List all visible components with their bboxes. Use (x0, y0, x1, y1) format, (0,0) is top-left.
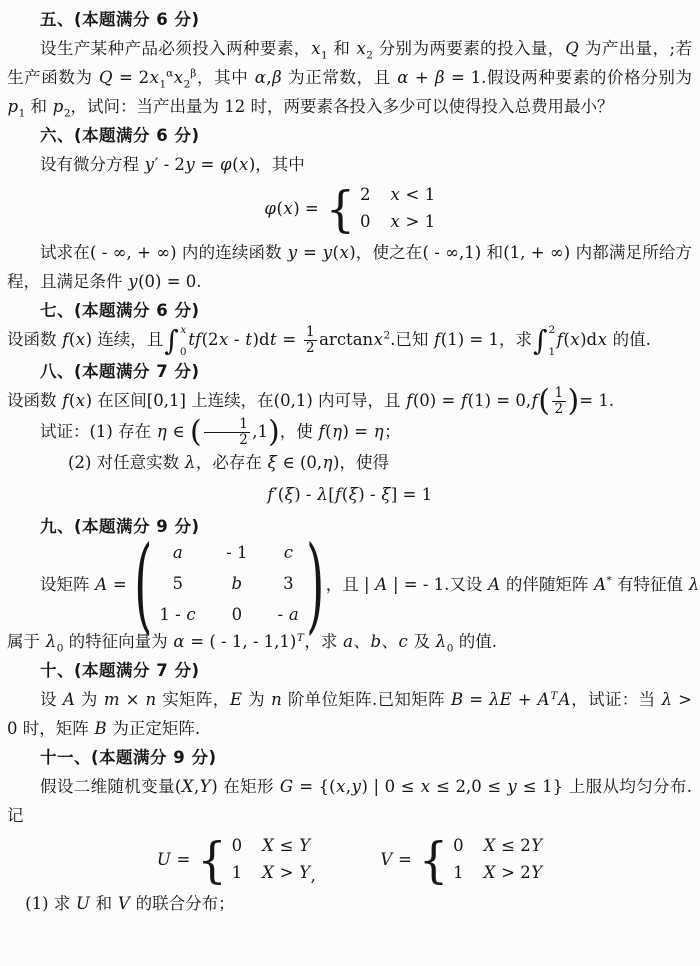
exam-page: 五、(本题满分 6 分) 设生产某种产品必须投入两种要素，x1 和 x2 分别为… (0, 0, 700, 918)
u-case-2-condition: X > Y (262, 860, 311, 886)
problem-6-text: 试求在( - ∞, + ∞) 内的连续函数 y = y(x)，使之在( - ∞,… (7, 238, 692, 296)
v-lhs: V = (380, 845, 412, 874)
u-case-1-condition: X ≤ Y (262, 833, 311, 859)
phi-case-2-value: 0 (360, 209, 374, 235)
problem-8-claim-2: (2) 对任意实数 λ，必存在 ξ ∈ (0,η)，使得 (7, 448, 692, 477)
uv-definitions: U = { 0 X ≤ Y 1 X > Y , (7, 833, 692, 886)
problem-8-header: 八、(本题满分 7 分) (7, 357, 692, 386)
u-lhs: U = (156, 845, 190, 874)
matrix-cell-00: a (172, 543, 183, 563)
matrix-cell-11: b (231, 574, 243, 594)
phi-case-2: 0 x > 1 (360, 209, 435, 235)
matrix-definition-line: 设矩阵 A = ( a - 1 c 5 b 3 1 - c 0 - a ) ，且… (7, 543, 692, 625)
v-case-1-value: 0 (453, 833, 467, 859)
problem-7-header: 七、(本题满分 6 分) (7, 296, 692, 325)
matrix-cell-20: 1 - c (159, 605, 196, 625)
problem-6-intro: 设有微分方程 y′ - 2y = φ(x)，其中 (7, 150, 692, 179)
u-case-2: 1 X > Y (232, 860, 311, 886)
u-case-2-value: 1 (232, 860, 246, 886)
phi-cases: 2 x < 1 0 x > 1 (360, 182, 435, 235)
phi-case-1-value: 2 (360, 182, 374, 208)
problem-7: 七、(本题满分 6 分) 设函数 f(x) 连续，且∫x0tf(2x - t)d… (7, 296, 692, 357)
equation-text: f′(ξ) - λ[f(ξ) - ξ] = 1 (267, 480, 432, 509)
v-piecewise: V = { 0 X ≤ 2Y 1 X > 2Y (380, 833, 543, 886)
v-cases: 0 X ≤ 2Y 1 X > 2Y (453, 833, 542, 886)
u-case-1-value: 0 (232, 833, 246, 859)
u-definition-comma: , (311, 866, 316, 886)
problem-5: 五、(本题满分 6 分) 设生产某种产品必须投入两种要素，x1 和 x2 分别为… (7, 5, 692, 121)
problem-11: 十一、(本题满分 9 分) 假设二维随机变量(X,Y) 在矩形 G = {(x,… (7, 743, 692, 918)
phi-lhs: φ(x) = (264, 194, 319, 223)
problem-11-header: 十一、(本题满分 9 分) (7, 743, 692, 772)
matrix-cell-12: 3 (283, 574, 294, 594)
matrix-rhs: ，且 | A | = - 1.又设 A 的伴随矩阵 A* 有特征值 λ0， (326, 570, 700, 599)
problem-7-text: 设函数 f(x) 连续，且∫x0tf(2x - t)dt = 12arctanx… (7, 325, 692, 357)
phi-piecewise-formula: φ(x) = { 2 x < 1 0 x > 1 (7, 182, 692, 235)
problem-8: 八、(本题满分 7 分) 设函数 f(x) 在区间[0,1] 上连续，在(0,1… (7, 357, 692, 509)
v-case-1-condition: X ≤ 2Y (483, 833, 542, 859)
problem-6: 六、(本题满分 6 分) 设有微分方程 y′ - 2y = φ(x)，其中 φ(… (7, 121, 692, 296)
v-case-2-condition: X > 2Y (483, 860, 542, 886)
phi-case-1-condition: x < 1 (390, 182, 435, 208)
phi-case-1: 2 x < 1 (360, 182, 435, 208)
phi-piecewise: φ(x) = { 2 x < 1 0 x > 1 (264, 182, 435, 235)
problem-11-question-1: (1) 求 U 和 V 的联合分布； (7, 889, 692, 918)
matrix-cell-21: 0 (232, 605, 243, 625)
problem-9-text: 属于 λ0 的特征向量为 α = ( - 1, - 1,1)T，求 a、b、c … (7, 627, 692, 656)
u-definition-group: U = { 0 X ≤ Y 1 X > Y , (156, 833, 316, 886)
v-case-2: 1 X > 2Y (453, 860, 542, 886)
matrix-cell-02: c (283, 543, 293, 563)
v-case-2-value: 1 (453, 860, 467, 886)
problem-9: 九、(本题满分 9 分) 设矩阵 A = ( a - 1 c 5 b 3 1 -… (7, 512, 692, 656)
v-case-1: 0 X ≤ 2Y (453, 833, 542, 859)
problem-6-header: 六、(本题满分 6 分) (7, 121, 692, 150)
problem-10-text: 设 A 为 m × n 实矩阵，E 为 n 阶单位矩阵.已知矩阵 B = λE … (7, 685, 692, 743)
problem-10-header: 十、(本题满分 7 分) (7, 656, 692, 685)
problem-8-text: 设函数 f(x) 在区间[0,1] 上连续，在(0,1) 内可导，且 f(0) … (7, 386, 692, 417)
matrix-cell-22: - a (277, 605, 299, 625)
problem-8-equation: f′(ξ) - λ[f(ξ) - ξ] = 1 (7, 480, 692, 509)
problem-11-intro: 假设二维随机变量(X,Y) 在矩形 G = {(x,y) | 0 ≤ x ≤ 2… (7, 772, 692, 830)
matrix-cell-01: - 1 (226, 543, 247, 563)
problem-10: 十、(本题满分 7 分) 设 A 为 m × n 实矩阵，E 为 n 阶单位矩阵… (7, 656, 692, 743)
matrix-lhs: 设矩阵 A = (7, 570, 127, 599)
problem-9-header: 九、(本题满分 9 分) (7, 512, 692, 541)
phi-case-2-condition: x > 1 (390, 209, 435, 235)
u-piecewise: U = { 0 X ≤ Y 1 X > Y (156, 833, 310, 886)
problem-8-claim-1: 试证：(1) 存在 η ∈ (12,1)，使 f(η) = η； (7, 417, 692, 448)
u-cases: 0 X ≤ Y 1 X > Y (232, 833, 311, 886)
matrix-grid: a - 1 c 5 b 3 1 - c 0 - a (153, 543, 305, 625)
problem-5-text: 设生产某种产品必须投入两种要素，x1 和 x2 分别为两要素的投入量，Q 为产出… (7, 34, 692, 121)
matrix-cell-10: 5 (172, 574, 183, 594)
problem-5-header: 五、(本题满分 6 分) (7, 5, 692, 34)
u-case-1: 0 X ≤ Y (232, 833, 311, 859)
